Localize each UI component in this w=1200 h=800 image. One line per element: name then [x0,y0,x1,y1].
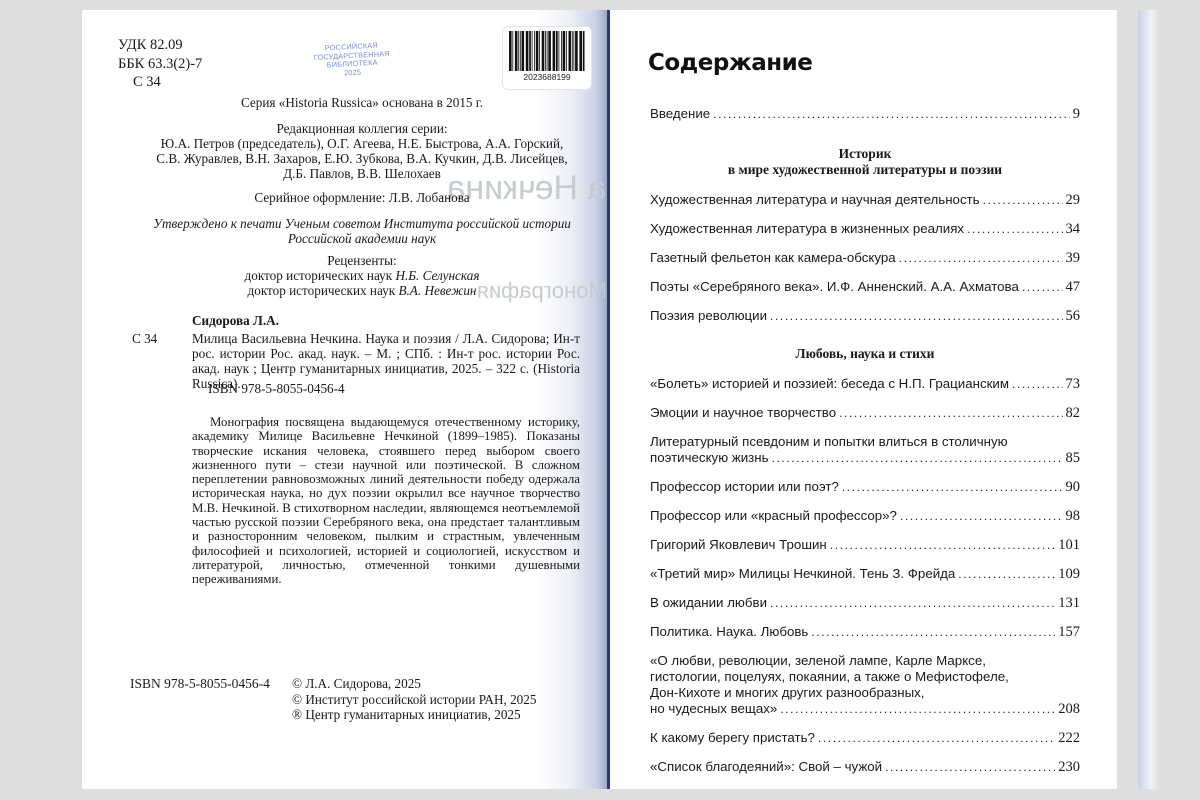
abstract: Монография посвящена выдающемуся отечест… [192,415,580,587]
leader-dots: ........................................… [900,508,1063,524]
toc-page-number: 222 [1058,730,1080,746]
toc-entry-label[interactable]: Григорий Яковлевич Трошин [650,537,827,553]
toc-page-number: 109 [1058,566,1080,582]
toc-entry[interactable]: Эмоции и научное творчество.............… [650,405,1080,421]
toc-page-number: 73 [1066,376,1081,392]
toc-entry-label[interactable]: Художественная литература в жизненных ре… [650,221,964,237]
toc-entry-label[interactable]: Профессор или «красный профессор»? [650,508,897,524]
toc-page-number: 34 [1066,221,1081,237]
toc-entry-label[interactable]: Эмоции и научное творчество [650,405,836,421]
toc-page-number: 47 [1066,279,1081,295]
leader-dots: ........................................… [811,624,1055,640]
leader-dots: ........................................… [770,595,1055,611]
toc-page-number: 29 [1066,192,1081,208]
imprint-page: Милица Васильевна Нечкина. Наука и поэзи… [82,10,607,789]
toc-page-number: 208 [1058,701,1080,717]
toc-entry[interactable]: «Болеть» историей и поэзией: беседа с Н.… [650,376,1080,392]
isbn-bottom: ISBN 978-5-8055-0456-4 [130,676,270,691]
leader-dots: ........................................… [818,730,1055,746]
barcode-number: 2023688199 [503,72,591,82]
leader-dots: ........................................… [770,308,1062,324]
toc-entry-line: Дон-Кихоте и многих других разнообразных… [650,685,1080,701]
toc-entry-label[interactable]: Поэты «Серебряного века». И.Ф. Анненский… [650,279,1019,295]
toc-entry-line: гистологии, поцелуях, покаянии, а также … [650,669,1080,685]
leader-dots: ........................................… [713,106,1070,122]
toc-entry-label[interactable]: Газетный фельетон как камера-обскура [650,250,896,266]
barcode-label: 2023688199 [502,26,592,90]
toc-page-number: 85 [1066,450,1081,466]
toc-entry[interactable]: В ожидании любви........................… [650,595,1080,611]
toc-page-number: 9 [1073,106,1080,122]
toc-entry-label[interactable]: В ожидании любви [650,595,767,611]
toc-section-title: Любовь, наука и стихи [650,346,1080,362]
leader-dots: ........................................… [772,450,1063,466]
leader-dots: ........................................… [899,250,1063,266]
toc-entry[interactable]: «О любви, революции, зеленой лампе, Карл… [650,653,1080,717]
editorial-board-title: Редакционная коллегия серии: [172,121,552,136]
toc-page-number: 131 [1058,595,1080,611]
toc-entry-label[interactable]: Художественная литература и научная деят… [650,192,980,208]
toc-entry-label[interactable]: «Список благодеяний»: Свой – чужой [650,759,882,775]
toc-entry-label[interactable]: но чудесных вещах» [650,701,777,717]
toc-entry-line: «О любви, революции, зеленой лампе, Карл… [650,653,1080,669]
toc-entry[interactable]: Профессор или «красный профессор»?......… [650,508,1080,524]
toc-page-number: 101 [1058,537,1080,553]
toc-page-number: 157 [1058,624,1080,640]
toc-entry[interactable]: Литературный псевдоним и попытки влиться… [650,434,1080,466]
leader-dots: ........................................… [885,759,1055,775]
table-of-contents: Введение................................… [650,106,1080,788]
toc-entry[interactable]: К какому берегу пристать?...............… [650,730,1080,746]
toc-entry-label[interactable]: К какому берегу пристать? [650,730,815,746]
catalog-code: С 34 [132,331,157,346]
toc-entry[interactable]: Поэзия революции........................… [650,308,1080,324]
leader-dots: ........................................… [839,405,1062,421]
toc-page-number: 82 [1066,405,1081,421]
toc-page-number: 98 [1066,508,1081,524]
toc-page-number: 90 [1066,479,1081,495]
toc-page-number: 39 [1066,250,1081,266]
reviewers-list: доктор исторических наук Н.Б. Селунская … [172,268,552,298]
spine-shadow-right [1138,10,1160,789]
barcode-icon [509,31,585,71]
leader-dots: ........................................… [1022,279,1063,295]
toc-entry-label[interactable]: поэтическую жизнь [650,450,769,466]
toc-entry-label[interactable]: Политика. Наука. Любовь [650,624,808,640]
toc-entry[interactable]: «Список благодеяний»: Свой – чужой......… [650,759,1080,775]
toc-page-number: 230 [1058,759,1080,775]
page-title: Содержание [648,50,812,76]
leader-dots: ........................................… [830,537,1055,553]
toc-entry[interactable]: Поэты «Серебряного века». И.Ф. Анненский… [650,279,1080,295]
series-note: Серия «Historia Russica» основана в 2015… [172,95,552,110]
toc-entry[interactable]: Введение................................… [650,106,1080,122]
toc-page-number: 56 [1066,308,1081,324]
approval-note: Утверждено к печати Ученым советом Инсти… [152,216,572,246]
library-stamp: РОССИЙСКАЯ ГОСУДАРСТВЕННАЯ БИБЛИОТЕКА 20… [306,41,398,80]
toc-entry[interactable]: Григорий Яковлевич Трошин...............… [650,537,1080,553]
leader-dots: ........................................… [967,221,1062,237]
book-spread: Милица Васильевна Нечкина. Наука и поэзи… [82,10,1117,789]
toc-entry-label[interactable]: «Болеть» историей и поэзией: беседа с Н.… [650,376,1009,392]
leader-dots: ........................................… [780,701,1055,717]
toc-entry[interactable]: Газетный фельетон как камера-обскура....… [650,250,1080,266]
leader-dots: ........................................… [958,566,1055,582]
leader-dots: ........................................… [842,479,1063,495]
editorial-board-members: Ю.А. Петров (председатель), О.Г. Агеева,… [152,136,572,181]
leader-dots: ........................................… [983,192,1063,208]
copyright-notices: © Л.А. Сидорова, 2025 © Институт российс… [292,676,536,723]
udk-bbk-codes: УДК 82.09 ББК 63.3(2)-7 С 34 [118,36,202,92]
contents-page: Содержание Введение.....................… [610,10,1117,789]
isbn: ISBN 978-5-8055-0456-4 [208,381,345,396]
reviewers-title: Рецензенты: [172,253,552,268]
toc-entry-label[interactable]: Профессор истории или поэт? [650,479,839,495]
toc-entry-label[interactable]: «Третий мир» Милицы Нечкиной. Тень З. Фр… [650,566,955,582]
toc-entry-label[interactable]: Введение [650,106,710,122]
toc-entry[interactable]: «Третий мир» Милицы Нечкиной. Тень З. Фр… [650,566,1080,582]
leader-dots: ........................................… [1012,376,1063,392]
catalog-author: Сидорова Л.А. [192,313,279,328]
reviewer: доктор исторических наук В.А. Невежин [172,283,552,298]
toc-entry[interactable]: Художественная литература и научная деят… [650,192,1080,208]
reviewer: доктор исторических наук Н.Б. Селунская [172,268,552,283]
toc-entry-label[interactable]: Поэзия революции [650,308,767,324]
toc-entry[interactable]: Профессор истории или поэт?.............… [650,479,1080,495]
toc-entry-line: Литературный псевдоним и попытки влиться… [650,434,1080,450]
toc-entry[interactable]: Политика. Наука. Любовь.................… [650,624,1080,640]
series-design-credit: Серийное оформление: Л.В. Лобанова [172,190,552,205]
toc-entry[interactable]: Художественная литература в жизненных ре… [650,221,1080,237]
toc-section-title: Историкв мире художественной литературы … [650,146,1080,178]
